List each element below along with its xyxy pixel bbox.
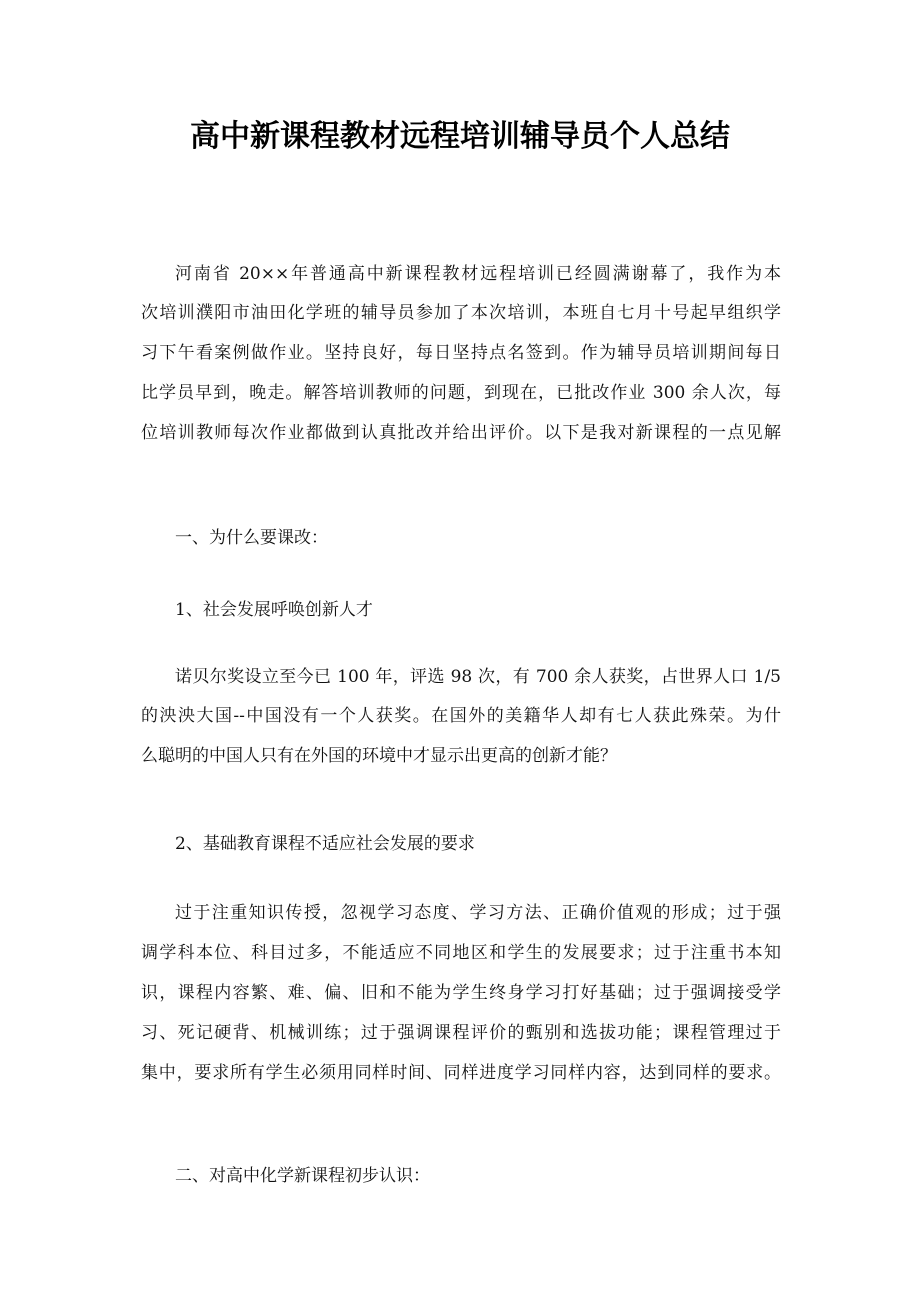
paragraph-line: 习、死记硬背、机械训练；过于强调课程评价的甄别和选拔功能；课程管理过于 (141, 1021, 781, 1045)
paragraph-line: 过于注重知识传授，忽视学习态度、学习方法、正确价值观的形成；过于强 (175, 901, 781, 925)
section-heading: 二、对高中化学新课程初步认识： (175, 1164, 781, 1188)
document-title: 高中新课程教材远程培训辅导员个人总结 (0, 113, 920, 161)
paragraph-line: 次培训濮阳市油田化学班的辅导员参加了本次培训，本班自七月十号起早组织学 (141, 301, 781, 325)
subsection-heading: 1、社会发展呼唤创新人才 (175, 598, 781, 622)
paragraph-line: 识，课程内容繁、难、偏、旧和不能为学生终身学习打好基础；过于强调接受学 (141, 981, 781, 1005)
section-heading: 一、为什么要课改： (175, 526, 781, 550)
paragraph-line: 比学员早到，晚走。解答培训教师的问题，到现在，已批改作业 300 余人次，每 (141, 381, 781, 405)
paragraph-line: 河南省 20××年普通高中新课程教材远程培训已经圆满谢幕了，我作为本 (175, 262, 781, 286)
paragraph-line: 集中，要求所有学生必须用同样时间、同样进度学习同样内容，达到同样的要求。 (141, 1061, 781, 1085)
paragraph-line: 的泱泱大国--中国没有一个人获奖。在国外的美籍华人却有七人获此殊荣。为什 (141, 704, 781, 728)
paragraph-line: 调学科本位、科目过多，不能适应不同地区和学生的发展要求；过于注重书本知 (141, 941, 781, 965)
paragraph-line: 位培训教师每次作业都做到认真批改并给出评价。以下是我对新课程的一点见解 (141, 421, 781, 445)
paragraph-line: 习下午看案例做作业。坚持良好，每日坚持点名签到。作为辅导员培训期间每日 (141, 341, 781, 365)
paragraph-line: 么聪明的中国人只有在外国的环境中才显示出更高的创新才能？ (141, 744, 781, 768)
subsection-heading: 2、基础教育课程不适应社会发展的要求 (175, 832, 781, 856)
document-page: 高中新课程教材远程培训辅导员个人总结 河南省 20××年普通高中新课程教材远程培… (0, 0, 920, 1302)
paragraph-line: 诺贝尔奖设立至今已 100 年，评选 98 次，有 700 余人获奖，占世界人口… (175, 665, 781, 689)
